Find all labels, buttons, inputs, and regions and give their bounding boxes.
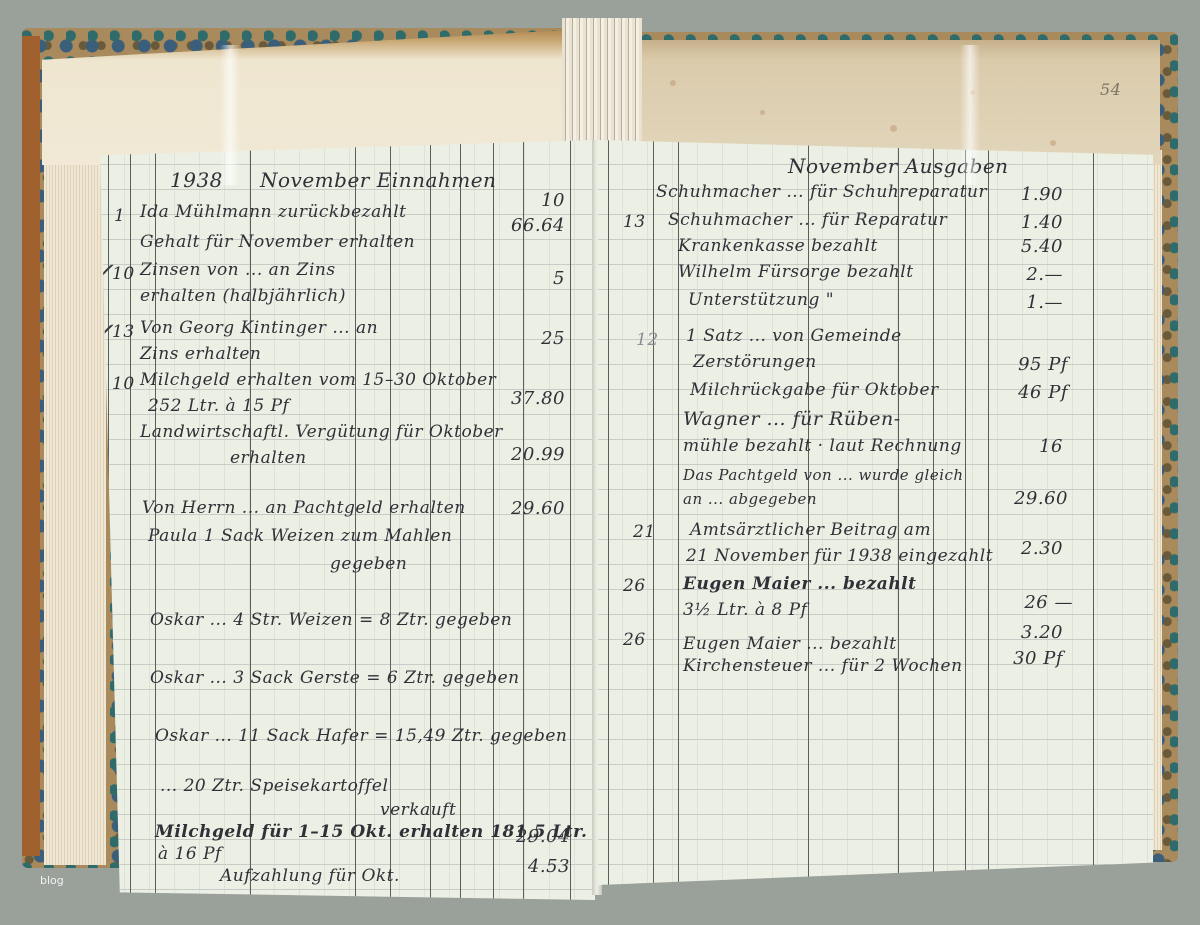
entry-day: 26: [623, 630, 646, 650]
entry-amount: 1.90: [993, 184, 1063, 205]
entry-amount: 5.40: [993, 236, 1063, 257]
year-label: 1938: [170, 168, 223, 192]
entry-amount: 1.40: [993, 212, 1063, 233]
entry-amount: 37.80: [495, 388, 565, 409]
entry-day: 13: [112, 322, 135, 342]
entry-text: Gehalt für November erhalten: [140, 232, 415, 252]
entry-text: Eugen Maier ... bezahlt: [683, 574, 917, 594]
entry-amount: 1.—: [993, 292, 1063, 313]
entry-amount: 10: [495, 190, 565, 211]
entry-day: 1: [114, 206, 125, 226]
entry-text: Amtsärztlicher Beitrag am: [690, 520, 931, 540]
entry-text: 21 November für 1938 eingezahlt: [686, 546, 993, 566]
entry-text: 252 Ltr. à 15 Pf: [148, 396, 289, 416]
torn-spine-pages: [562, 18, 642, 143]
entry-amount: 3.20: [993, 622, 1063, 643]
entry-amount: 29.60: [998, 488, 1068, 509]
tape-glare-right: [960, 45, 980, 185]
entry-text: Oskar ... 4 Str. Weizen = 8 Ztr. gegeben: [150, 610, 512, 630]
entry-text: Krankenkasse bezahlt: [678, 236, 878, 256]
entry-text: 3½ Ltr. à 8 Pf: [683, 600, 807, 620]
entry-amount: 4.53: [500, 856, 570, 877]
entry-amount: 66.64: [495, 215, 565, 236]
entry-amount: 16: [993, 436, 1063, 457]
entry-day: 26: [623, 576, 646, 596]
entry-day: 21: [633, 522, 656, 542]
entry-amount: 29.60: [495, 498, 565, 519]
entry-text: Eugen Maier ... bezahlt: [683, 634, 897, 654]
entry-text: Wagner ... für Rüben-: [683, 408, 901, 430]
entry-text: Oskar ... 3 Sack Gerste = 6 Ztr. gegeben: [150, 668, 520, 688]
entry-text: erhalten: [230, 448, 307, 468]
entry-text: Kirchensteuer ... für 2 Wochen: [683, 656, 963, 676]
left-page-heading: November Einnahmen: [260, 168, 496, 192]
entry-text: gegeben: [330, 554, 407, 574]
entry-day: 10: [112, 264, 135, 284]
entry-text: Ida Mühlmann zurückbezahlt: [140, 202, 407, 222]
corner-pencil-note: 54: [1100, 80, 1121, 99]
entry-day: 13: [623, 212, 646, 232]
entry-day: 10: [112, 374, 135, 394]
entry-text: verkauft: [380, 800, 456, 820]
entry-text: Paula 1 Sack Weizen zum Mahlen: [148, 526, 452, 546]
left-page-stack: [44, 150, 106, 865]
entry-text: Schuhmacher ... für Schuhreparatur: [656, 182, 987, 202]
entry-amount: 5: [495, 268, 565, 289]
entry-text: Von Georg Kintinger ... an: [140, 318, 378, 338]
entry-day: 12: [636, 330, 659, 350]
entry-amount: 30 Pf: [993, 648, 1063, 669]
entry-text: Aufzahlung für Okt.: [220, 866, 400, 886]
entry-text: Schuhmacher ... für Reparatur: [668, 210, 947, 230]
left-cover-leather-edge: [22, 36, 40, 856]
entry-text: Milchgeld erhalten vom 15–30 Oktober: [140, 370, 496, 390]
entry-amount: 2.30: [993, 538, 1063, 559]
entry-amount: 2.—: [993, 264, 1063, 285]
entry-text: Wilhelm Fürsorge bezahlt: [678, 262, 914, 282]
entry-amount: 25: [495, 328, 565, 349]
entry-amount: 95 Pf: [998, 354, 1068, 375]
entry-text: Von Herrn ... an Pachtgeld erhalten: [142, 498, 466, 518]
entry-text: Unterstützung ": [688, 290, 834, 310]
right-ledger-page: November Ausgaben Schuhmacher ... für Sc…: [598, 140, 1153, 885]
entry-text: ... 20 Ztr. Speisekartoffel: [160, 776, 388, 796]
entry-text: Das Pachtgeld von ... wurde gleich: [683, 466, 964, 484]
entry-text: an ... abgegeben: [683, 490, 817, 508]
entry-amount: 20.99: [495, 444, 565, 465]
entry-text: Zinsen von ... an Zins: [140, 260, 336, 280]
entry-text: Zins erhalten: [140, 344, 261, 364]
entry-text: Oskar ... 11 Sack Hafer = 15,49 Ztr. geg…: [155, 726, 567, 746]
entry-text: Zerstörungen: [693, 352, 817, 372]
entry-amount: 26 —: [1003, 592, 1073, 613]
entry-text: Landwirtschaftl. Vergütung für Oktober: [140, 422, 503, 442]
entry-text: mühle bezahlt · laut Rechnung: [683, 436, 962, 456]
entry-text: Milchrückgabe für Oktober: [690, 380, 939, 400]
entry-text: erhalten (halbjährlich): [140, 286, 346, 306]
ledger-photo: 54 1938 November Einnahmen 1 Ida Mühlman…: [0, 0, 1200, 925]
entry-text: 1 Satz ... von Gemeinde: [686, 326, 902, 346]
watermark-text: blog: [40, 874, 64, 887]
entry-amount: 29.04: [500, 826, 570, 847]
left-ledger-page: 1938 November Einnahmen 1 Ida Mühlmann z…: [100, 140, 595, 900]
entry-text: à 16 Pf: [158, 844, 222, 864]
tape-glare-left: [220, 45, 240, 185]
entry-amount: 46 Pf: [998, 382, 1068, 403]
